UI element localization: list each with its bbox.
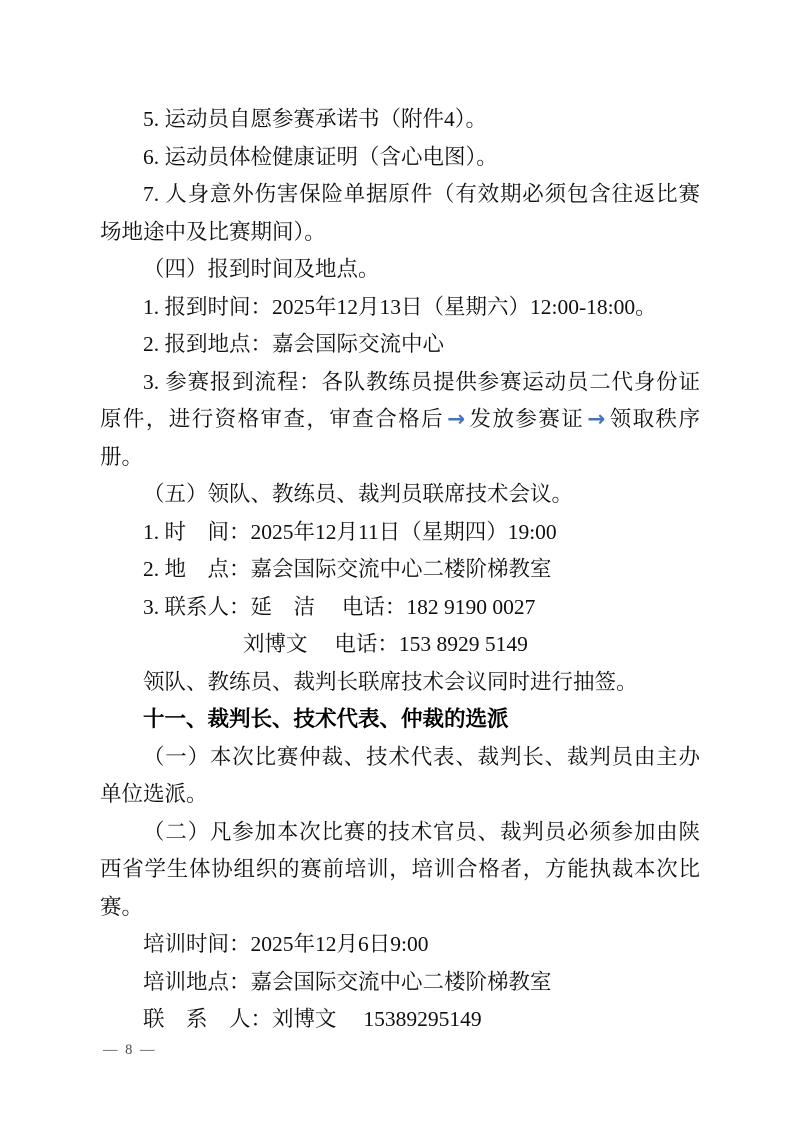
text-run: 1. 报到时间：2025年12月13日（星期六）12:00-18:00。 <box>143 295 657 319</box>
text-run: 6. 运动员体检健康证明（含心电图）。 <box>143 145 498 169</box>
text-run: 刘博文 电话：153 8929 5149 <box>243 632 528 656</box>
text-run: 培训时间：2025年12月6日9:00 <box>143 932 428 956</box>
paragraph: 3. 联系人：延 洁 电话：182 9190 0027 <box>100 589 700 627</box>
document-page: 5. 运动员自愿参赛承诺书（附件4）。6. 运动员体检健康证明（含心电图）。7.… <box>0 0 800 1130</box>
flow-arrow-icon: → <box>447 407 465 432</box>
paragraph: 2. 报到地点：嘉会国际交流中心 <box>100 326 700 364</box>
paragraph: 刘博文 电话：153 8929 5149 <box>100 626 700 664</box>
page-number: — 8 — <box>103 1042 157 1059</box>
text-run: 2. 报到地点：嘉会国际交流中心 <box>143 332 444 356</box>
paragraph: 1. 报到时间：2025年12月13日（星期六）12:00-18:00。 <box>100 289 700 327</box>
paragraph: 5. 运动员自愿参赛承诺书（附件4）。 <box>100 101 700 139</box>
text-run: 3. 联系人：延 洁 电话：182 9190 0027 <box>143 595 535 619</box>
text-run: 7. 人身意外伤害保险单据原件（有效期必须包含往返比赛场地途中及比赛期间）。 <box>100 182 700 244</box>
text-run: （四）报到时间及地点。 <box>143 257 380 281</box>
document-body: 5. 运动员自愿参赛承诺书（附件4）。6. 运动员体检健康证明（含心电图）。7.… <box>100 101 700 1039</box>
text-run: 5. 运动员自愿参赛承诺书（附件4）。 <box>143 107 487 131</box>
paragraph: 1. 时 间：2025年12月11日（星期四）19:00 <box>100 514 700 552</box>
paragraph: （一）本次比赛仲裁、技术代表、裁判长、裁判员由主办单位选派。 <box>100 739 700 814</box>
text-run: 领队、教练员、裁判长联席技术会议同时进行抽签。 <box>143 670 638 694</box>
paragraph: 2. 地 点：嘉会国际交流中心二楼阶梯教室 <box>100 551 700 589</box>
paragraph: 培训时间：2025年12月6日9:00 <box>100 926 700 964</box>
paragraph: （五）领队、教练员、裁判员联席技术会议。 <box>100 476 700 514</box>
text-run: 1. 时 间：2025年12月11日（星期四）19:00 <box>143 520 557 544</box>
text-run: （一）本次比赛仲裁、技术代表、裁判长、裁判员由主办单位选派。 <box>100 745 700 807</box>
text-run: 发放参赛证 <box>468 407 584 431</box>
paragraph: 联 系 人：刘博文 15389295149 <box>100 1001 700 1039</box>
text-run: 十一、裁判长、技术代表、仲裁的选派 <box>143 707 509 731</box>
paragraph: （二）凡参加本次比赛的技术官员、裁判员必须参加由陕西省学生体协组织的赛前培训，培… <box>100 814 700 927</box>
text-run: 2. 地 点：嘉会国际交流中心二楼阶梯教室 <box>143 557 552 581</box>
section-heading: 十一、裁判长、技术代表、仲裁的选派 <box>100 701 700 739</box>
text-run: （五）领队、教练员、裁判员联席技术会议。 <box>143 482 573 506</box>
paragraph: 领队、教练员、裁判长联席技术会议同时进行抽签。 <box>100 664 700 702</box>
text-run: （二）凡参加本次比赛的技术官员、裁判员必须参加由陕西省学生体协组织的赛前培训，培… <box>100 820 700 919</box>
paragraph: 培训地点：嘉会国际交流中心二楼阶梯教室 <box>100 964 700 1002</box>
paragraph: 6. 运动员体检健康证明（含心电图）。 <box>100 139 700 177</box>
flow-arrow-icon: → <box>587 407 605 432</box>
paragraph: 7. 人身意外伤害保险单据原件（有效期必须包含往返比赛场地途中及比赛期间）。 <box>100 176 700 251</box>
text-run: 联 系 人：刘博文 15389295149 <box>143 1007 482 1031</box>
paragraph: 3. 参赛报到流程：各队教练员提供参赛运动员二代身份证原件，进行资格审查，审查合… <box>100 364 700 477</box>
paragraph: （四）报到时间及地点。 <box>100 251 700 289</box>
text-run: 培训地点：嘉会国际交流中心二楼阶梯教室 <box>143 970 552 994</box>
